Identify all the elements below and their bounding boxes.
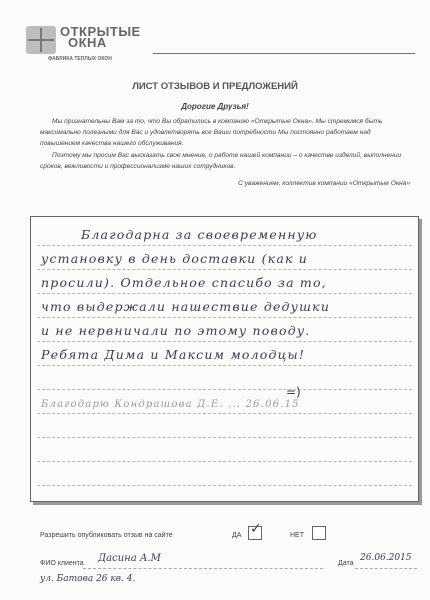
intro-paragraph-1: Мы признательны Вам за то, что Вы обрати… [40, 116, 410, 150]
ruled-line [37, 269, 412, 270]
date-field[interactable] [355, 568, 417, 569]
header-divider [153, 53, 415, 54]
checkmark-icon: ✓ [250, 521, 262, 537]
ruled-line [37, 317, 412, 318]
intro-text: Мы признательны Вам за то, что Вы обрати… [40, 116, 410, 172]
publish-yes-label: ДА [232, 532, 241, 539]
ruled-line [37, 413, 412, 414]
client-name-field[interactable] [83, 568, 323, 569]
feedback-line: просили). Отдельное спасибо за то, [41, 275, 408, 290]
ruled-line [37, 365, 412, 366]
publish-no-checkbox[interactable] [312, 526, 326, 540]
form-title: ЛИСТ ОТЗЫВОВ И ПРЕДЛОЖЕНИЙ [0, 81, 430, 92]
ruled-line [37, 485, 412, 486]
ruled-line [37, 341, 412, 342]
intro-paragraph-2: Поэтому мы просим Вас высказать свое мне… [40, 150, 410, 172]
feedback-box[interactable]: Благодарна за своевременную установку в … [30, 216, 419, 502]
publish-yes-checkbox[interactable]: ✓ [248, 526, 262, 540]
feedback-signature: Благодарю Кондрашова Д.Е. ... 26.06.15 [41, 399, 408, 410]
smiley: =) [286, 385, 301, 399]
publish-no-label: НЕТ [290, 532, 304, 539]
ruled-line [37, 389, 412, 390]
greeting: Дорогие Друзья! [0, 102, 430, 111]
feedback-line: Ребята Дима и Максим молодцы! [41, 347, 408, 362]
feedback-line: и не нервничали по этому поводу. [41, 323, 408, 338]
logo-text: ОТКРЫТЫЕ ОКНА [60, 26, 141, 48]
ruled-line [37, 293, 412, 294]
feedback-line: Благодарна за своевременную [81, 227, 408, 242]
ruled-line [37, 245, 412, 246]
feedback-line: что выдержали нашествие дедушки [41, 299, 408, 314]
ruled-line [37, 437, 412, 438]
logo-subtitle: ФАБРИКА ТЕПЛЫХ ОКОН [48, 56, 112, 62]
window-logo-icon [26, 26, 56, 54]
date-label: Дата [338, 560, 354, 567]
company-signature: С уважением, коллектив компании «Открыты… [238, 180, 410, 187]
ruled-line [37, 461, 412, 462]
client-name-value: Дасина А.М [98, 553, 161, 564]
date-value: 26.06.2015 [360, 553, 412, 563]
feedback-line: установку в день доставки (как и [41, 251, 408, 266]
publish-label: Разрешить опубликовать отзыв на сайте [40, 532, 173, 539]
client-address-value: ул. Батова 26 кв. 4. [40, 574, 135, 584]
client-name-label: ФИО клиента [40, 560, 84, 567]
company-logo: ОТКРЫТЫЕ ОКНА ФАБРИКА ТЕПЛЫХ ОКОН [26, 24, 146, 64]
